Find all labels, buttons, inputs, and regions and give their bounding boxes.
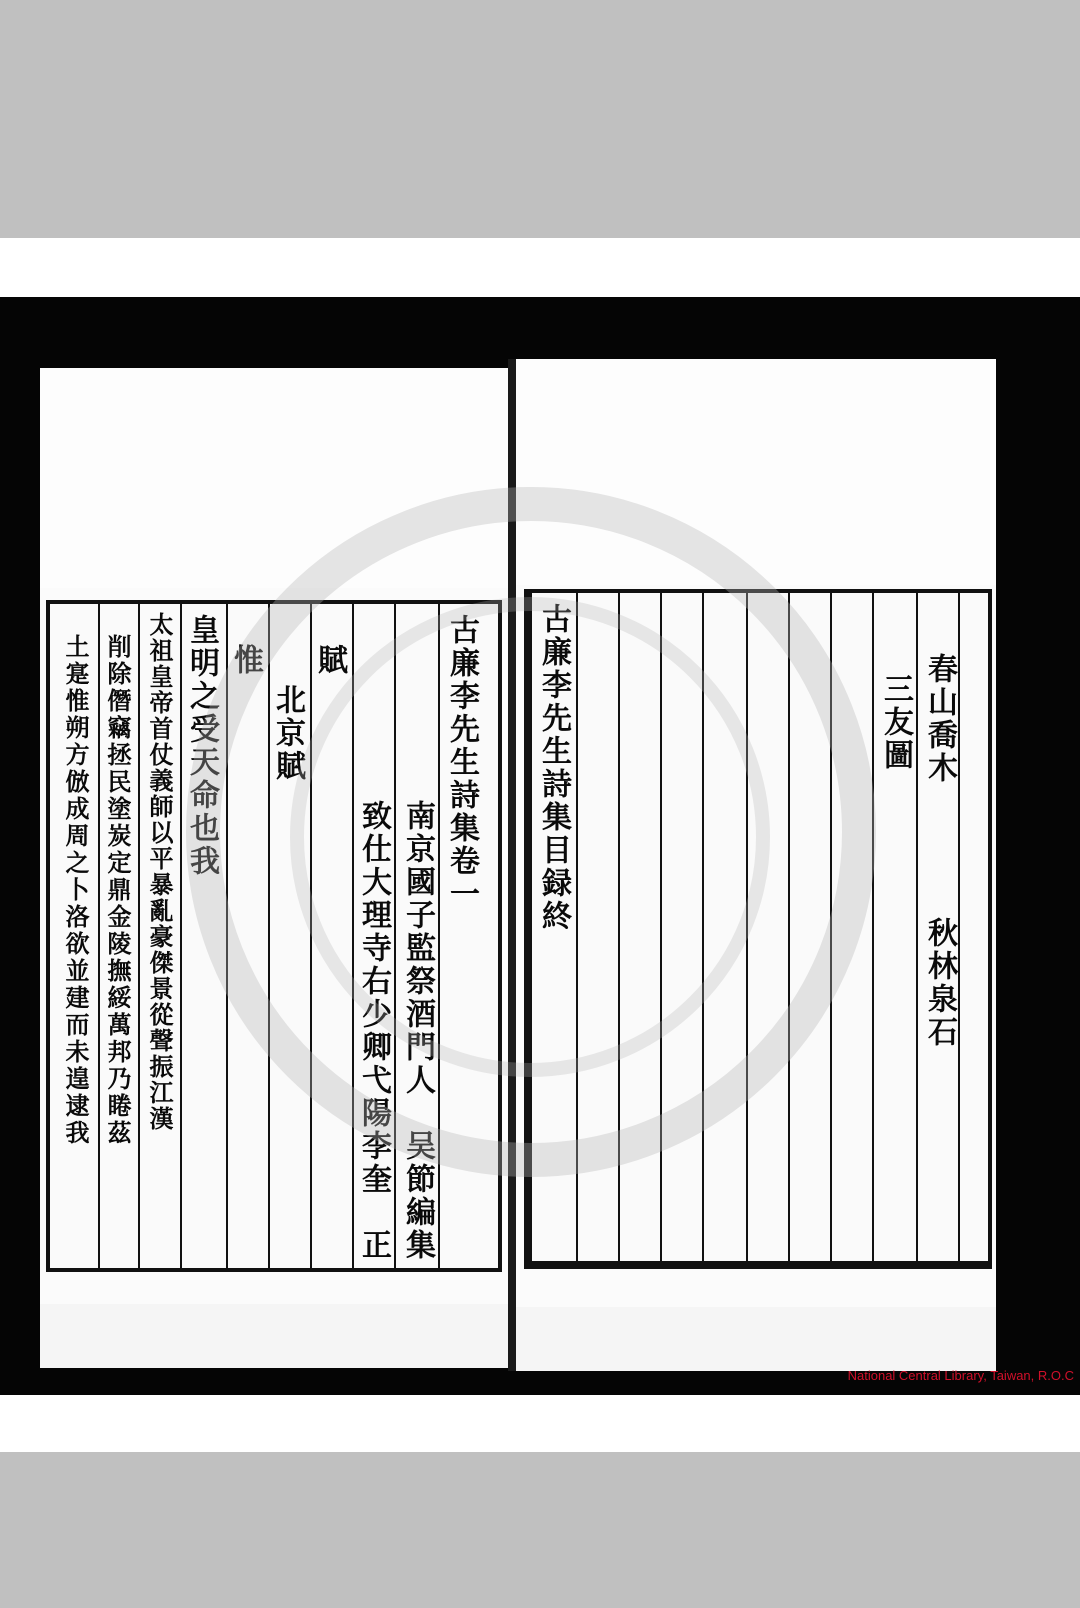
column-rule <box>916 593 918 1261</box>
author-line: 致仕大理寺右少卿弋陽李奎 正 <box>356 800 390 1262</box>
left-page: 古廉李先生詩集卷一 南京國子監祭酒門人 吴節編集 致仕大理寺右少卿弋陽李奎 正 … <box>40 368 508 1368</box>
column-rule <box>226 604 228 1268</box>
column-rule <box>310 604 312 1268</box>
book-gutter <box>508 359 516 1371</box>
poem-title: 北京賦 <box>270 684 304 783</box>
column-rule <box>352 604 354 1268</box>
column-rule <box>872 593 874 1261</box>
column-rule <box>958 593 960 1261</box>
text-column: 皇明之受天命也我 <box>184 614 218 878</box>
text-column: 土寔惟朔方倣成周之卜洛欲並建而未遑逮我 <box>58 634 92 1147</box>
left-page-upper-margin <box>40 368 508 588</box>
margin-bottom <box>0 1395 1080 1452</box>
column-rule <box>702 593 704 1261</box>
text-column: 削除僭竊拯民塗炭定鼎金陵撫綏萬邦乃睠茲 <box>100 634 134 1147</box>
left-page-text-frame: 古廉李先生詩集卷一 南京國子監祭酒門人 吴節編集 致仕大理寺右少卿弋陽李奎 正 … <box>46 600 502 1272</box>
column-rule <box>394 604 396 1268</box>
toc-end-line: 古廉李先生詩集目録終 <box>536 603 570 933</box>
viewer-background-top <box>0 0 1080 238</box>
viewer-background-bottom <box>0 1452 1080 1608</box>
margin-top <box>0 238 1080 297</box>
column-rule <box>830 593 832 1261</box>
text-column: 太祖皇帝首仗義師以平暴亂豪傑景從聲振江漢 <box>142 612 176 1132</box>
compiler-line: 南京國子監祭酒門人 吴節編集 <box>400 800 434 1262</box>
scanned-image: 古廉李先生詩集卷一 南京國子監祭酒門人 吴節編集 致仕大理寺右少卿弋陽李奎 正 … <box>0 297 1080 1395</box>
column-rule <box>746 593 748 1261</box>
column-rule <box>576 593 578 1261</box>
volume-title: 古廉李先生詩集卷一 <box>444 614 478 911</box>
column-rule <box>138 604 140 1268</box>
column-rule <box>788 593 790 1261</box>
column-rule <box>660 593 662 1261</box>
right-page-text-frame: 春山喬木 秋林泉石 三友圖 古廉李先生詩集目録終 <box>524 589 992 1269</box>
text-column: 惟 <box>228 644 262 677</box>
column-rule <box>618 593 620 1261</box>
right-page-upper-margin <box>516 359 996 585</box>
column-rule <box>438 604 440 1268</box>
column-rule <box>180 604 182 1268</box>
genre-heading: 賦 <box>312 644 346 677</box>
right-page: 春山喬木 秋林泉石 三友圖 古廉李先生詩集目録終 <box>516 359 996 1371</box>
toc-entry: 三友圖 <box>878 673 912 772</box>
left-page-lower-margin <box>40 1304 508 1368</box>
right-page-lower-margin <box>516 1307 996 1371</box>
library-credit: National Central Library, Taiwan, R.O.C <box>848 1368 1074 1383</box>
toc-entry: 春山喬木 秋林泉石 <box>922 653 956 1049</box>
